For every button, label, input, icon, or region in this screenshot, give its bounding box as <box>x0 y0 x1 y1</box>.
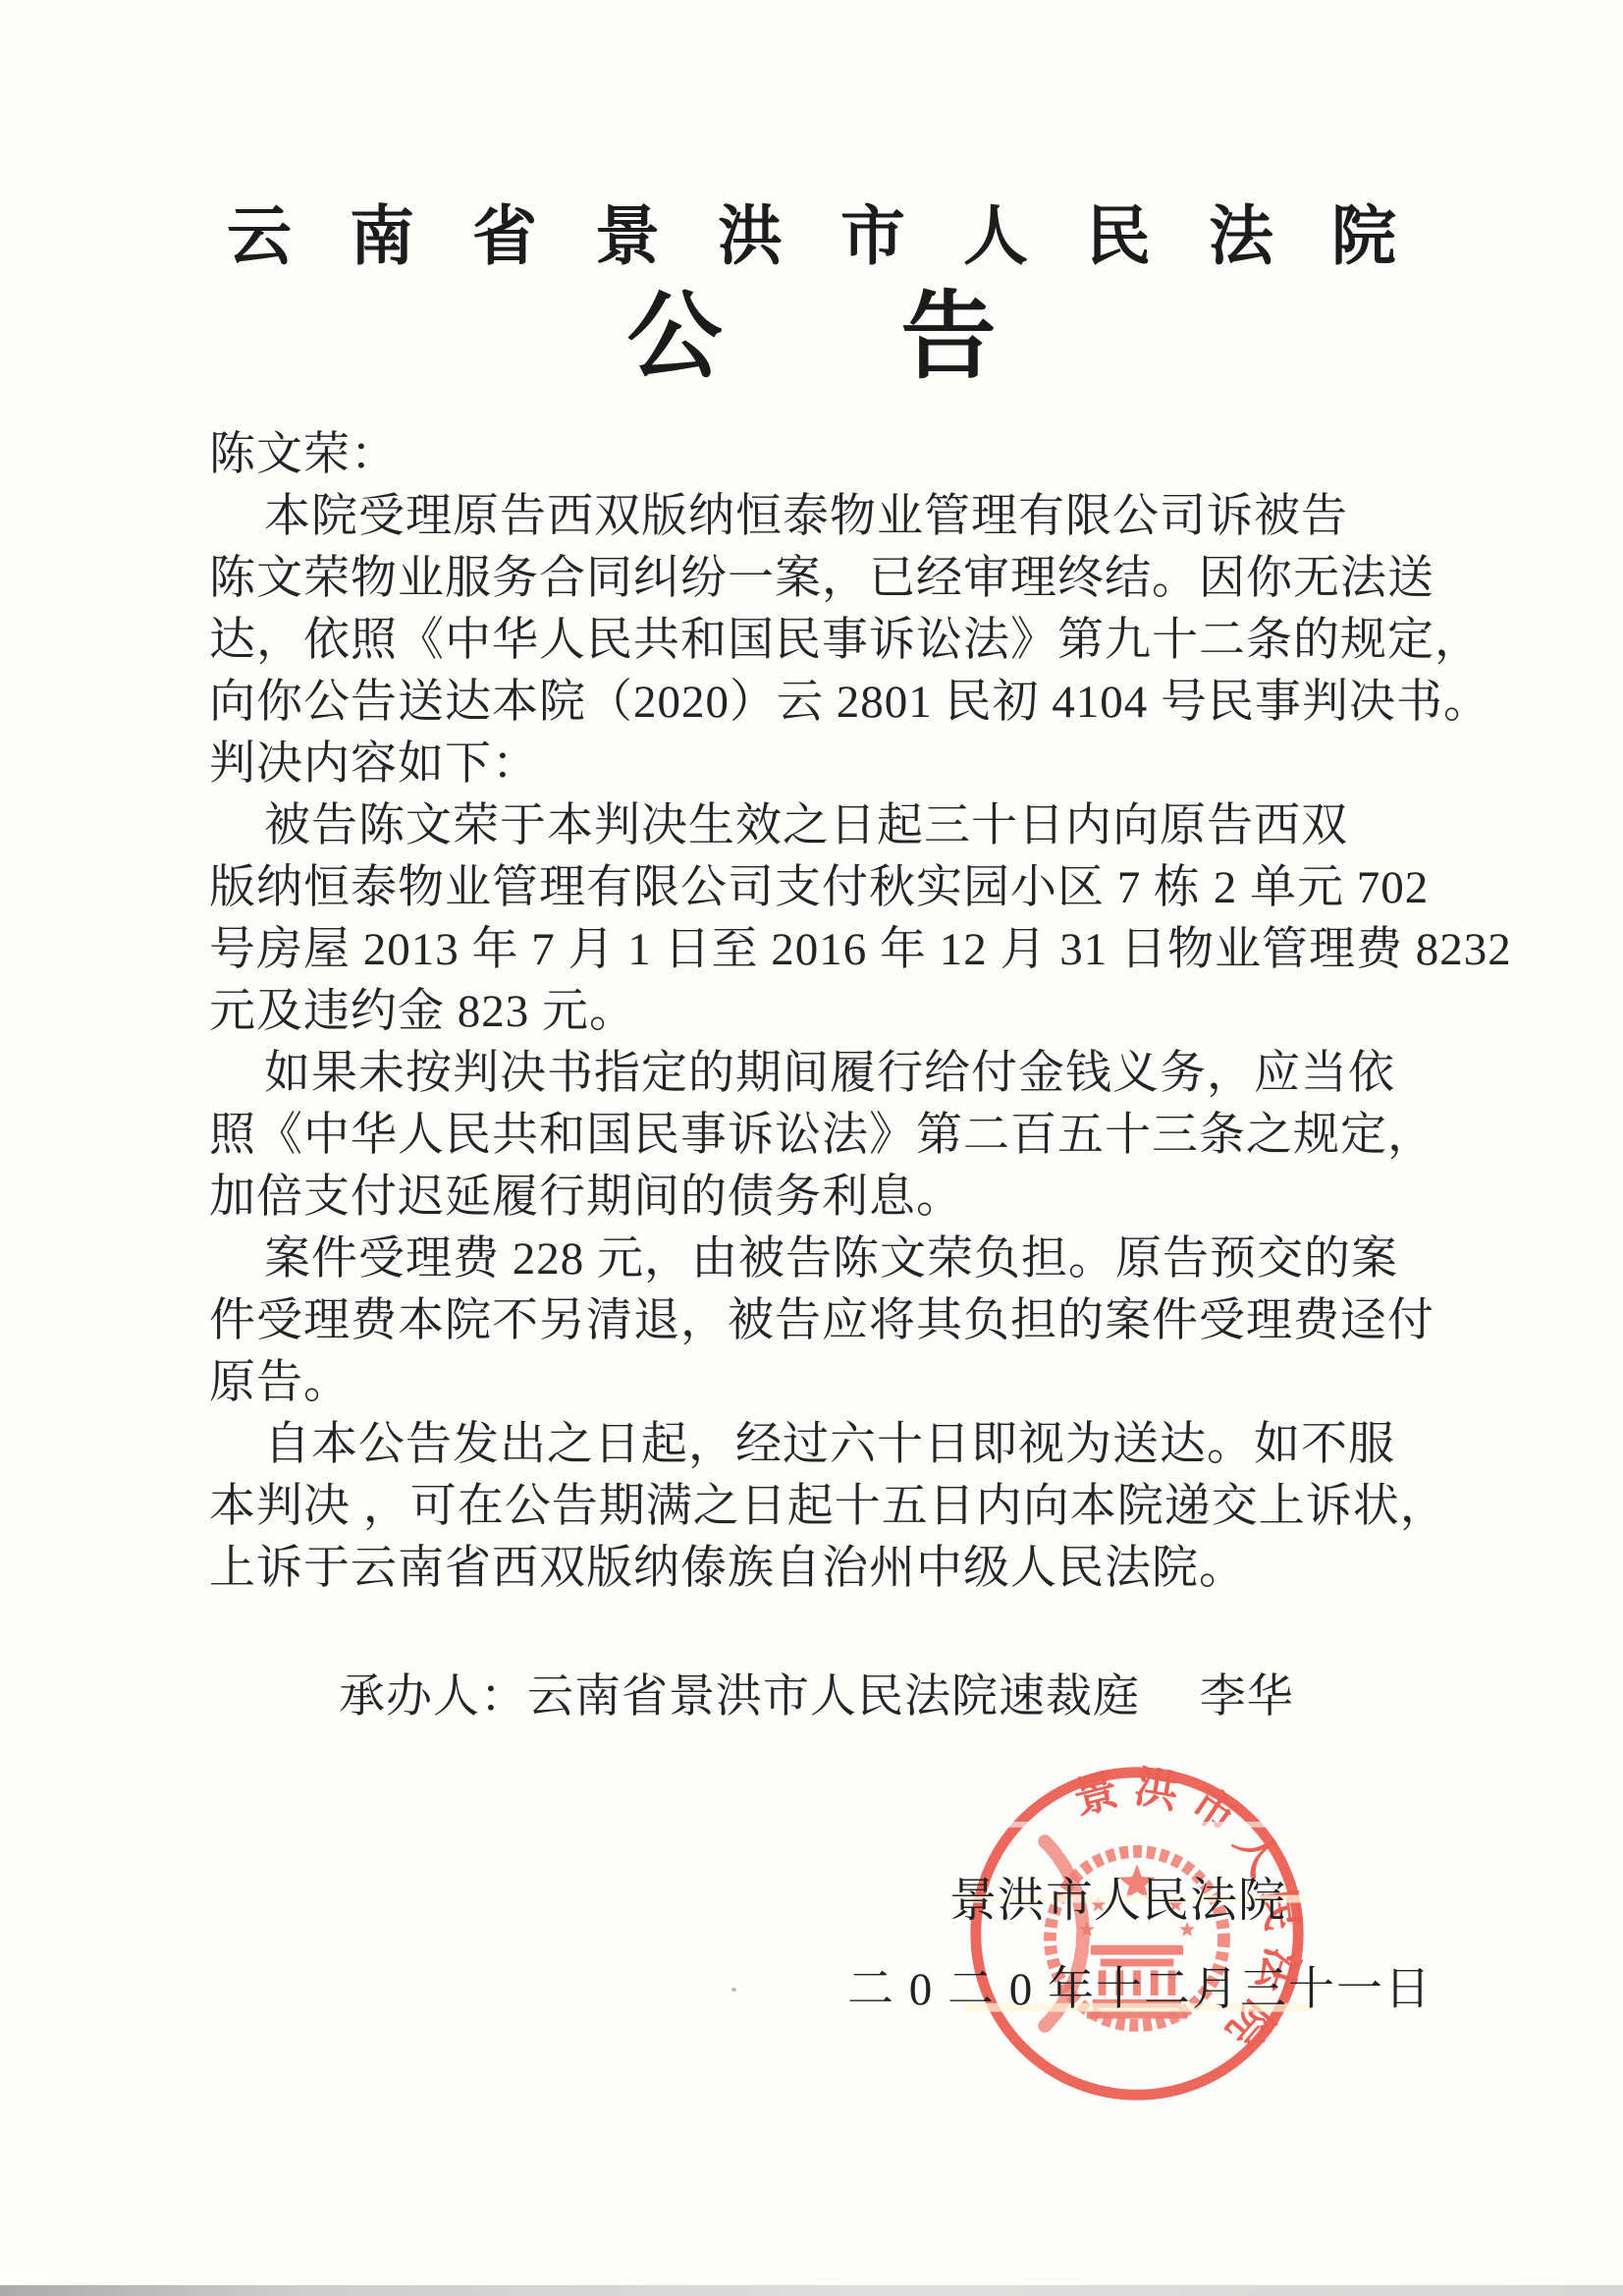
body-line: 如果未按判决书指定的期间履行给付金钱义务，应当依 <box>209 1043 1505 1105</box>
body-line: 自本公告发出之日起，经过六十日即视为送达。如不服 <box>209 1414 1505 1476</box>
body-line: 照《中华人民共和国民事诉讼法》第二百五十三条之规定， <box>209 1105 1505 1167</box>
body-line: 加倍支付迟延履行期间的债务利息。 <box>209 1167 1505 1229</box>
body-line: 本院受理原告西双版纳恒泰物业管理有限公司诉被告 <box>209 486 1505 548</box>
salutation: 陈文荣： <box>209 424 1505 486</box>
body-line: 向你公告送达本院（2020）云 2801 民初 4104 号民事判决书。 <box>209 672 1505 734</box>
body-line: 号房屋 2013 年 7 月 1 日至 2016 年 12 月 31 日物业管理… <box>209 919 1505 981</box>
body-line: 元及违约金 823 元。 <box>209 981 1505 1043</box>
body-line: 上诉于云南省西双版纳傣族自治州中级人民法院。 <box>209 1538 1505 1600</box>
body-line: 原告。 <box>209 1352 1505 1414</box>
scan-speck <box>731 1988 736 1992</box>
court-title: 云南省景洪市人民法院 <box>0 194 1623 277</box>
body-line: 本判决 ，可在公告期满之日起十五日内向本院递交上诉状， <box>209 1476 1505 1538</box>
notice-body: 陈文荣： 本院受理原告西双版纳恒泰物业管理有限公司诉被告 陈文荣物业服务合同纠纷… <box>209 424 1505 1728</box>
body-line: 达，依照《中华人民共和国民事诉讼法》第九十二条的规定， <box>209 610 1505 672</box>
body-line: 案件受理费 228 元，由被告陈文荣负担。原告预交的案 <box>209 1229 1505 1290</box>
body-line: 判决内容如下： <box>209 734 1505 795</box>
handler-line: 承办人：云南省景洪市人民法院速裁庭 李华 <box>209 1667 1505 1728</box>
body-line: 件受理费本院不另清退，被告应将其负担的案件受理费迳付 <box>209 1290 1505 1352</box>
body-line: 版纳恒泰物业管理有限公司支付秋实园小区 7 栋 2 单元 702 <box>209 857 1505 919</box>
signature-court-name: 景洪市人民法院 <box>949 1874 1286 1929</box>
notice-title: 公告 <box>0 279 1623 395</box>
signature-date: 二 0 二 0 年十二月三十一日 <box>847 1962 1433 2017</box>
court-seal-stamp: 景洪市人民法院 <box>963 1760 1311 2107</box>
document-page: 云南省景洪市人民法院 公告 陈文荣： 本院受理原告西双版纳恒泰物业管理有限公司诉… <box>0 0 1623 2296</box>
body-line: 被告陈文荣于本判决生效之日起三十日内向原告西双 <box>209 795 1505 857</box>
page-bottom-edge <box>0 2285 1623 2296</box>
body-line: 陈文荣物业服务合同纠纷一案，已经审理终结。因你无法送 <box>209 548 1505 610</box>
